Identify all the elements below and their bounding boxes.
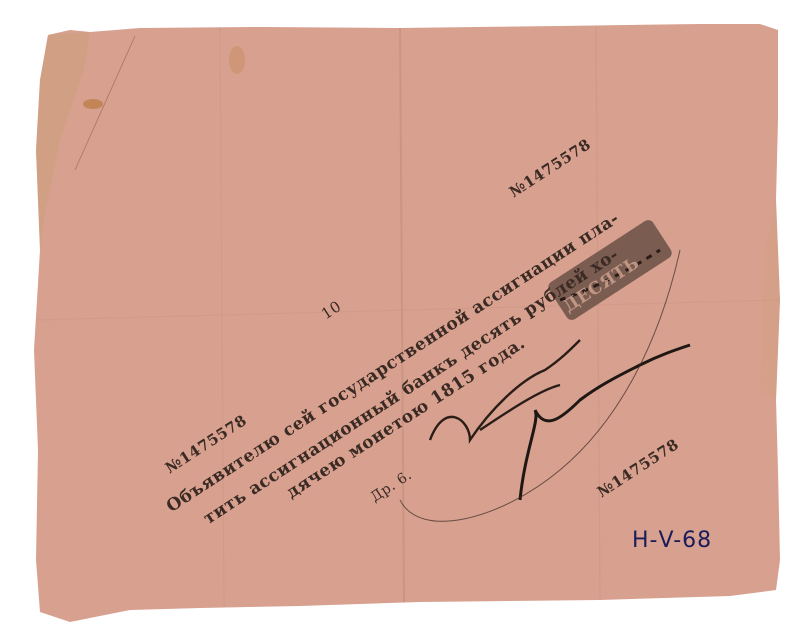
banknote: №1475578 №1475578 №1475578 10 Объявителю… — [0, 0, 800, 639]
archive-mark: Н-V-68 — [632, 528, 712, 553]
